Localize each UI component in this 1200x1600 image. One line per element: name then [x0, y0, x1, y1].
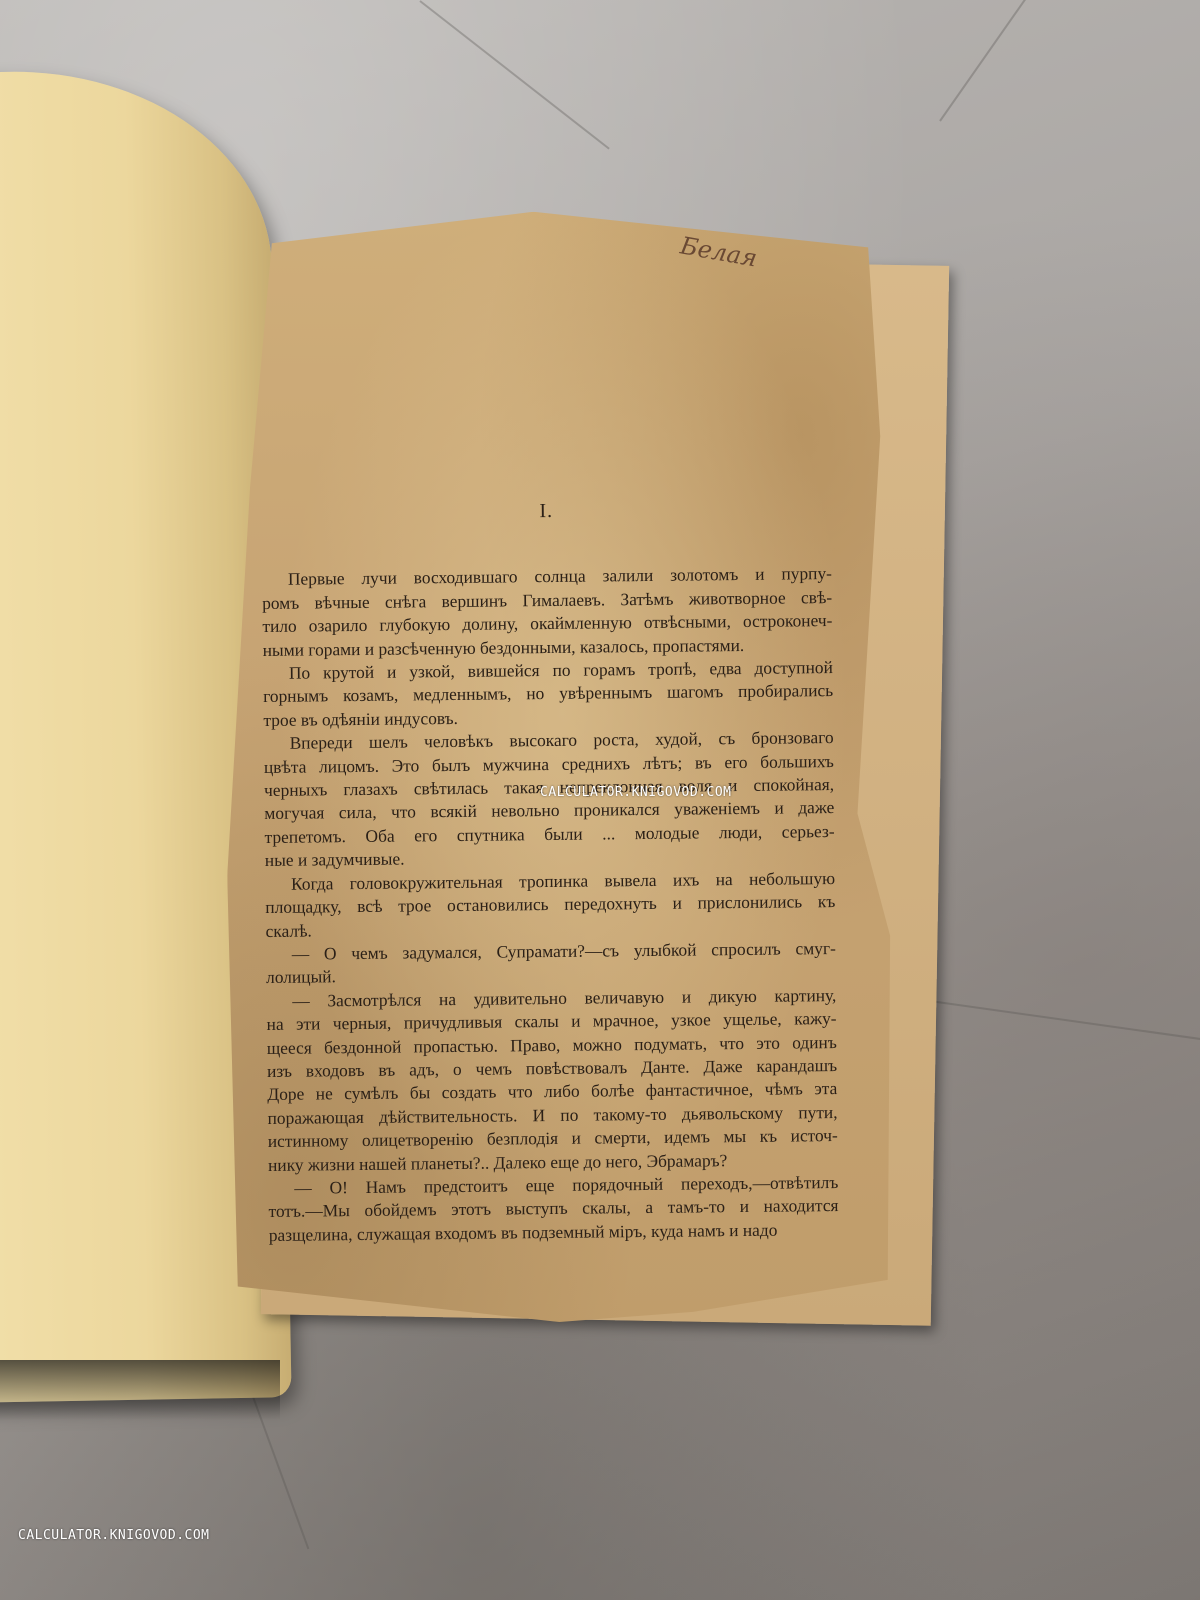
marble-vein [939, 0, 1113, 122]
watermark-bottom-left: CALCULATOR.KNIGOVOD.COM [18, 1528, 210, 1543]
chapter-number: I. [261, 497, 831, 526]
book-cover-shadow [0, 1360, 280, 1420]
page-text: I. Первые лучи восходившаго солнца залил… [261, 497, 839, 1247]
text-lines: Первые лучи восходившаго солнца залили з… [262, 562, 839, 1247]
watermark-center: CALCULATOR.KNIGOVOD.COM [540, 785, 732, 800]
marble-vein [930, 1000, 1200, 1041]
marble-vein [419, 0, 609, 149]
